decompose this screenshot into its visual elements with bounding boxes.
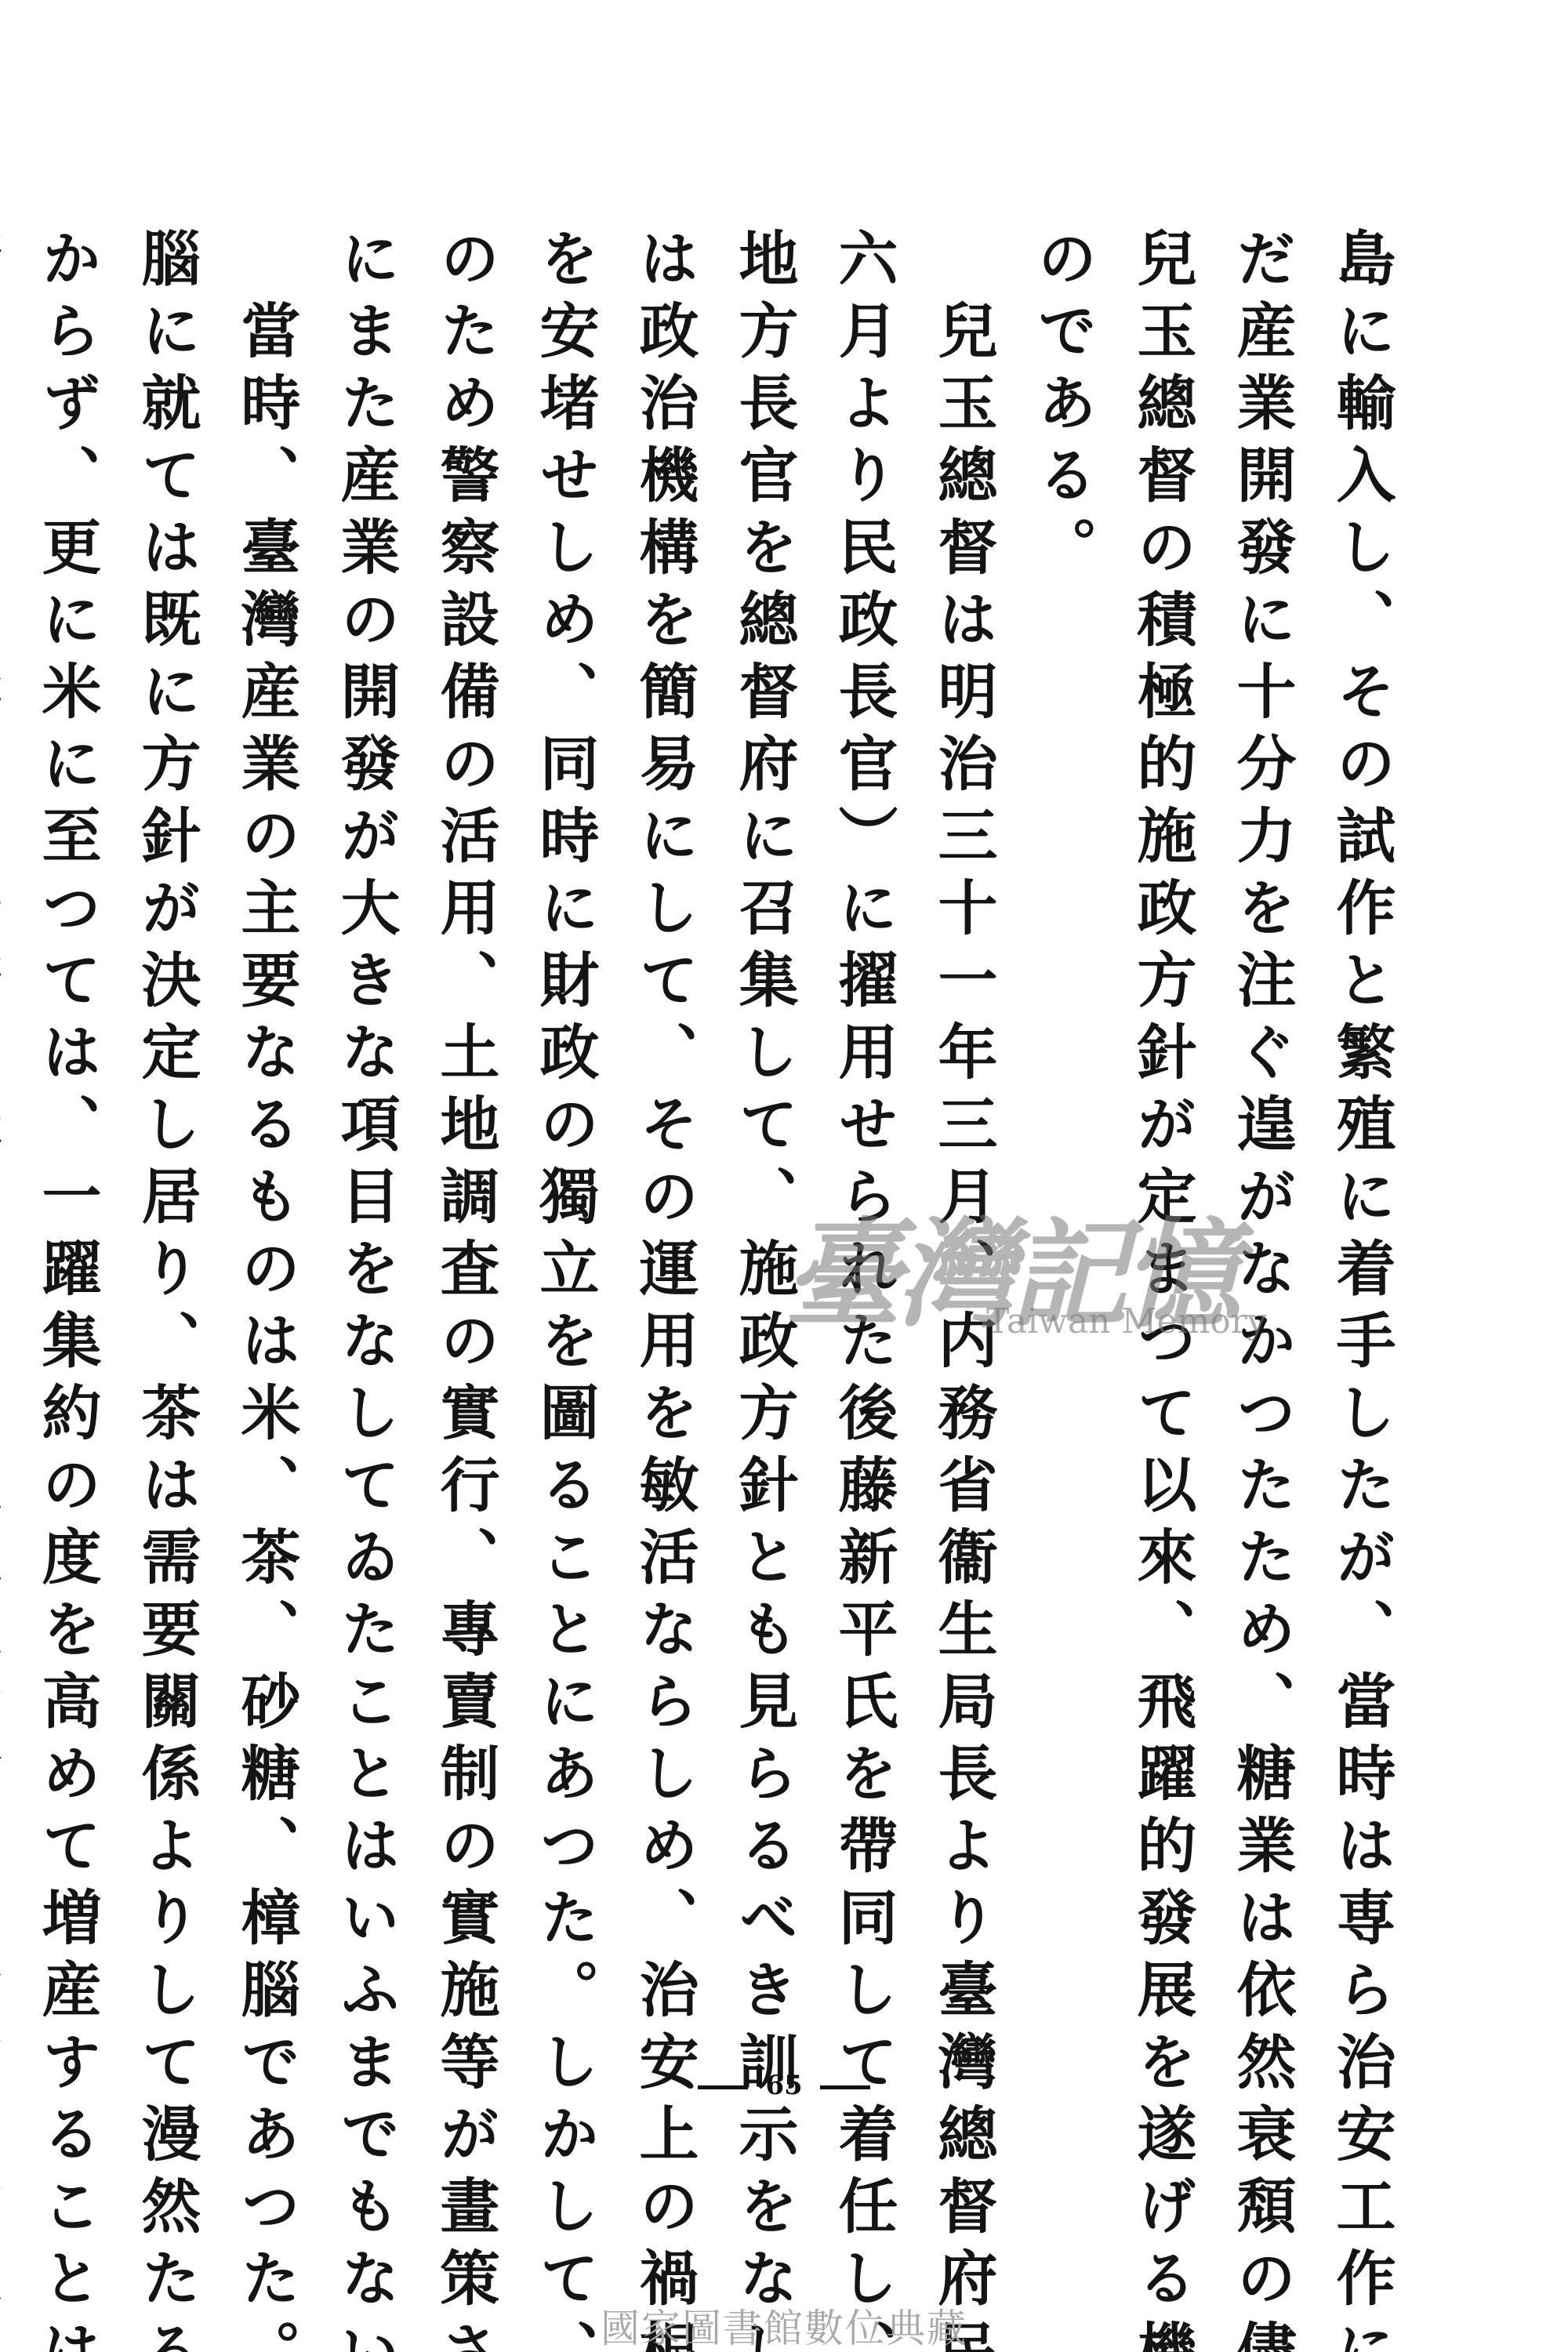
page-number: 65 bbox=[0, 2070, 1568, 2101]
text-line-5: 兒玉總督は明治三十一年三月、内務省衞生局長より臺灣總督府民政局長（同年 bbox=[913, 227, 1013, 2054]
library-footer-watermark: 國家圖書館數位典藏 bbox=[0, 2297, 1568, 2352]
text-line-2: だ産業開發に十分力を注ぐ遑がなかつたため、糖業は依然衰頽の儘であつたが、 bbox=[1212, 227, 1312, 2054]
text-line-10: のため警察設備の活用、土地調査の實行、專賣制の實施等が畫策されたが、同時 bbox=[416, 227, 515, 2054]
vertical-text-body: 島に輸入し、その試作と繁殖に着手したが、當時は専ら治安工作に忙はしく、未 だ産業… bbox=[133, 227, 1411, 2054]
text-line-4: のである。 bbox=[1013, 227, 1112, 2054]
folio-dash-right bbox=[820, 2085, 870, 2089]
text-line-9: を安堵せしめ、同時に財政の獨立を圖ることにあつた。しかして、この方針達成 bbox=[515, 227, 615, 2054]
text-line-1: 島に輸入し、その試作と繁殖に着手したが、當時は専ら治安工作に忙はしく、未 bbox=[1312, 227, 1411, 2054]
page-number-value: 65 bbox=[765, 2070, 802, 2101]
text-line-8: は政治機構を簡易にして、その運用を敏活ならしめ、治安上の禍根を除いて島民 bbox=[615, 227, 714, 2054]
text-line-11: にまた産業の開發が大きな項目をなしてゐたことはいふまでもない。 bbox=[316, 227, 416, 2054]
text-line-3: 兒玉總督の積極的施政方針が定まつて以來、飛躍的發展を遂げる機運に際會した bbox=[1112, 227, 1212, 2054]
text-line-15: 情にあつた。然るに砂糖は米と異り、農業生産物たる甘蔗に加工するものであり、 bbox=[0, 227, 17, 2054]
text-line-6: 六月より民政長官）に擢用せられた後藤新平氏を帶同して着任し、同年六月、各 bbox=[814, 227, 913, 2054]
text-line-7: 地方長官を總督府に召集して、施政方針とも見らるべき訓示をなした。その要旨 bbox=[714, 227, 814, 2054]
folio-dash-left bbox=[698, 2085, 748, 2089]
text-line-14: からず、更に米に至つては、一躍集約の度を高めて増産することは時期尚早の事 bbox=[17, 227, 117, 2054]
scanned-book-page: 島に輸入し、その試作と繁殖に着手したが、當時は専ら治安工作に忙はしく、未 だ産業… bbox=[0, 0, 1568, 2352]
text-line-13: 腦に就ては既に方針が決定し居り、茶は需要關係よりして漫然たる増産は望まし bbox=[117, 227, 216, 2054]
text-line-12: 當時、臺灣産業の主要なるものは米、茶、砂糖、樟腦であつた。しかるに、樟 bbox=[216, 227, 316, 2054]
